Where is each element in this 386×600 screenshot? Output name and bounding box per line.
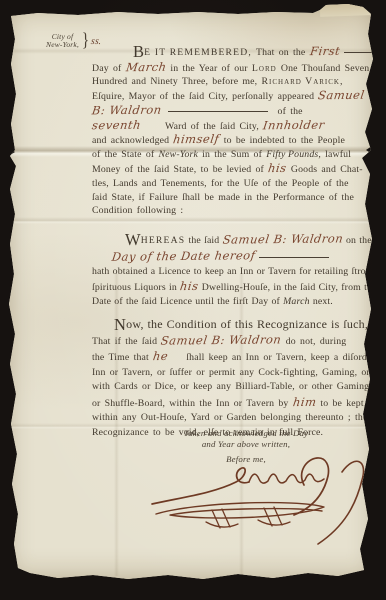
print-text: do not, during [282, 336, 347, 347]
document-line: and acknowledged himself to be indebted … [92, 133, 372, 148]
print-text: or Shuffle-Board, within the Inn or Tave… [92, 398, 293, 409]
print-text: ſhall keep an Inn or Tavern, keep a diſo… [186, 352, 382, 363]
drop-cap: W [125, 230, 141, 249]
paragraph-whereas: WHEREAS the ſaid Samuel B: Waldron on th… [92, 232, 372, 309]
italic-print-text: March [283, 296, 310, 307]
signature-flourish-icon [146, 452, 372, 550]
print-text: next. [310, 296, 333, 307]
print-text: to be kept, or [316, 398, 379, 409]
print-text: Hundred and Ninety Three, before me, [92, 76, 261, 87]
brace-glyph: } [82, 30, 89, 52]
ruled-line [344, 52, 386, 53]
handwritten-text: Day of the Date hereof [111, 248, 256, 264]
edge-notch [7, 147, 15, 157]
jurat-place-line2: New-York, [46, 41, 79, 50]
paragraph-be-it-remembered: BE IT REMEMBERED, That on the FirstDay o… [92, 44, 372, 218]
document-line: with Cards or Dice, or keep any Billiard… [92, 380, 372, 394]
handwritten-text: Samuel B: Waldron [160, 332, 282, 348]
print-text: That if the ſaid [92, 336, 161, 347]
print-text: Condition following : [92, 205, 183, 216]
smallcaps-print-text: Lord [252, 63, 277, 74]
handwritten-text: seventh [91, 118, 142, 132]
document-line: hath obtained a Licence to keep an Inn o… [92, 265, 372, 279]
handwritten-text: First [309, 45, 341, 59]
print-text: the ſaid [185, 235, 222, 246]
attestation-line1: Taken and acknowledged the Day [158, 428, 334, 439]
handwritten-text: March [125, 60, 167, 74]
document-line: seventhWard of the ſaid City, Innholder [92, 119, 372, 134]
document-line: B: Waldronof the [92, 104, 372, 119]
print-text: lawful [321, 149, 351, 160]
print-text: hath obtained a Licence to keep an Inn o… [92, 266, 386, 277]
print-text: Day of [92, 63, 126, 74]
photo-background: City of New-York, } ss. BE IT REMEMBERED… [0, 0, 386, 600]
handwritten-text: his [267, 162, 287, 176]
handwritten-text: Innholder [262, 118, 325, 132]
print-text: the Time that [92, 352, 153, 363]
document-paper: City of New-York, } ss. BE IT REMEMBERED… [8, 4, 374, 582]
smallcaps-print-text: Richard Varick, [261, 76, 343, 87]
print-text: tles, Lands and Tenements, for the Uſe o… [92, 178, 349, 189]
paragraph-condition: Now, the Condition of this Recognizance … [92, 317, 372, 440]
document-line: the Time that heſhall keep an Inn or Tav… [92, 349, 372, 365]
document-line: within any Out-Houſe, Yard or Garden bel… [92, 411, 372, 425]
print-text: within any Out-Houſe, Yard or Garden bel… [92, 412, 386, 423]
caps-print-text: HEREAS [141, 235, 186, 246]
document-line: Day of the Date hereof [92, 249, 372, 265]
print-text: Money of the ſaid State, to be levied of [92, 164, 268, 175]
print-text: Goods and Chat- [287, 164, 363, 175]
italic-print-text: Fifty Pounds, [266, 149, 321, 160]
print-text: and acknowledged [92, 135, 173, 146]
ruled-line [259, 257, 329, 258]
caps-print-text: E IT REMEMBERED, [144, 47, 252, 58]
document-line: of the State of New-York in the Sum of F… [92, 148, 372, 162]
document-line: Day of March in the Year of our Lord One… [92, 61, 372, 76]
document-line: ſaid State, if Failure ſhall be made in … [92, 191, 372, 205]
ruled-line [168, 111, 268, 112]
heading-print-text: ow, the Condition of this Recognizance i… [126, 317, 368, 331]
drop-cap: N [114, 315, 126, 334]
varick-signature: Richd. Varick [146, 452, 372, 550]
drop-cap: B [133, 42, 144, 61]
print-text: ſaid State, if Failure ſhall be made in … [92, 192, 354, 203]
jurat-place: City of New-York, [46, 33, 79, 50]
handwritten-text: he [152, 349, 169, 364]
print-text: in the Year of our [166, 63, 252, 74]
document-line: Hundred and Ninety Three, before me, Ric… [92, 75, 372, 89]
handwritten-text: him [292, 395, 317, 410]
attestation-line2: and Year above written, [158, 439, 334, 450]
print-text: That on the [252, 47, 310, 58]
print-text: One Thouſand Seven [277, 63, 370, 74]
document-line: That if the ſaid Samuel B: Waldron do no… [92, 333, 372, 349]
document-line: Money of the ſaid State, to be levied of… [92, 162, 372, 177]
document-line: tles, Lands and Tenements, for the Uſe o… [92, 177, 372, 191]
handwritten-text: himself [172, 133, 220, 147]
document-line: or Shuffle-Board, within the Inn or Tave… [92, 395, 372, 411]
print-text: Ward of the ſaid City, [165, 121, 263, 132]
print-text: on the [343, 235, 372, 246]
handwritten-text: B: Waldron [91, 104, 162, 119]
document-line: ſpirituous Liquors in his Dwelling-Houſe… [92, 279, 372, 295]
print-text: in the Sum of [198, 149, 266, 160]
print-text: of the State of [92, 149, 158, 160]
print-text: Eſquire, Mayor of the ſaid City, perſona… [92, 91, 318, 102]
print-text: with Cards or Dice, or keep any Billiard… [92, 381, 386, 392]
print-text: Dwelling-Houſe, in the ſaid City, from t… [199, 282, 377, 293]
italic-print-text: New-York [158, 149, 198, 160]
torn-corner-flap [320, 3, 370, 17]
handwritten-text: Samuel [317, 89, 365, 103]
document-body-text: BE IT REMEMBERED, That on the FirstDay o… [92, 44, 372, 440]
print-text: of the [278, 106, 303, 117]
print-text: to be indebted to the People [220, 135, 346, 146]
print-text: Date of the ſaid Licence until the firſt… [92, 296, 283, 307]
document-line: Now, the Condition of this Recognizance … [92, 317, 372, 334]
document-line: Eſquire, Mayor of the ſaid City, perſona… [92, 89, 372, 104]
print-text: ſpirituous Liquors in [92, 282, 180, 293]
document-line: BE IT REMEMBERED, That on the First [92, 44, 372, 61]
print-text: Inn or Tavern, or ſuffer or permit any C… [92, 367, 386, 378]
document-line: WHEREAS the ſaid Samuel B: Waldron on th… [92, 232, 372, 249]
document-line: Condition following : [92, 204, 372, 218]
handwritten-text: Samuel B: Waldron [222, 232, 344, 247]
handwritten-text: his [179, 279, 199, 293]
document-line: Inn or Tavern, or ſuffer or permit any C… [92, 366, 372, 380]
document-line: Date of the ſaid Licence until the firſt… [92, 295, 372, 309]
